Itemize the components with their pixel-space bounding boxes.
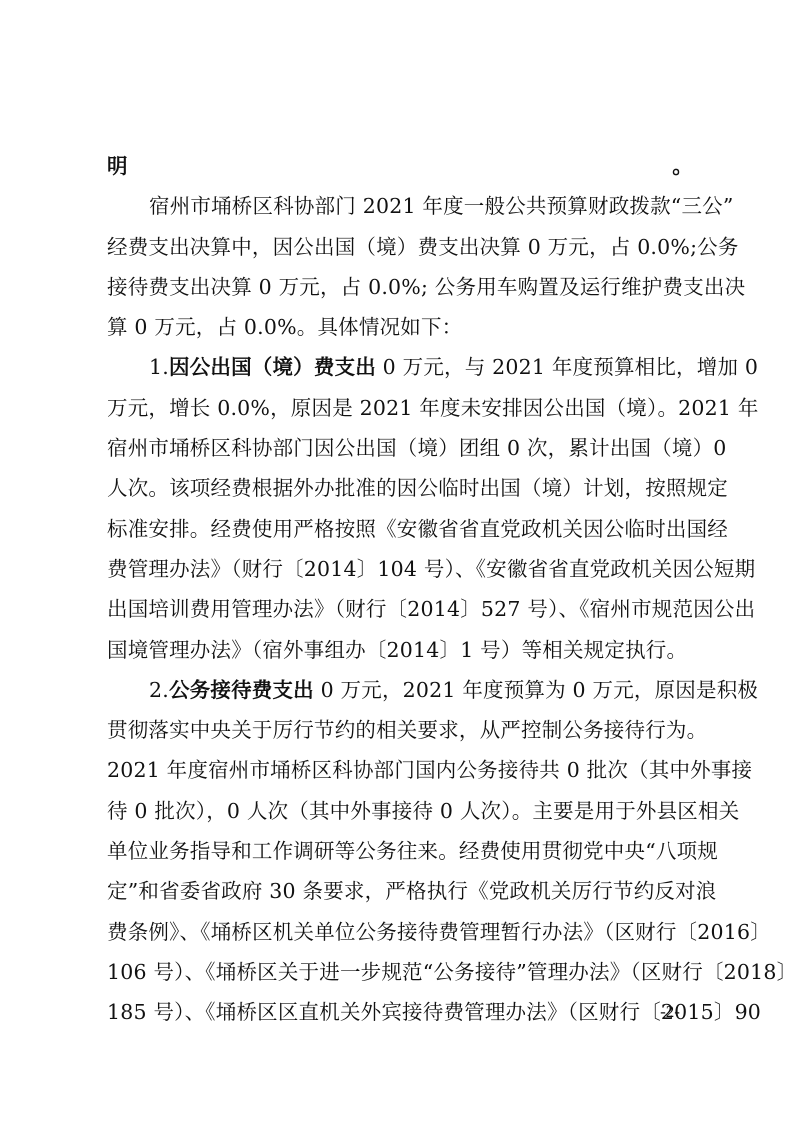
continued-heading: 明。 [107, 146, 693, 186]
paragraph-line: 宿州市埇桥区科协部门 2021 年度一般公共预算财政拨款“三公” [107, 186, 693, 226]
paragraph-line: 国境管理办法》（宿外事组办〔2014〕1 号）等相关规定执行。 [107, 630, 693, 670]
paragraph-line: 人次。该项经费根据外办批准的因公临时出国（境）计划，按照规定 [107, 468, 693, 508]
paragraph-line: 定”和省委省政府 30 条要求，严格执行《党政机关厉行节约反对浪 [107, 871, 693, 911]
section-number: 2. [149, 678, 169, 702]
paragraph-line: 单位业务指导和工作调研等公务往来。经费使用贯彻党中央“八项规 [107, 831, 693, 871]
paragraph-line: 费管理办法》（财行〔2014〕104 号）、《安徽省省直党政机关因公短期 [107, 549, 693, 589]
paragraph-line: 出国培训费用管理办法》（财行〔2014〕527 号）、《宿州市规范因公出 [107, 589, 693, 629]
section-number: 1. [149, 355, 169, 379]
paragraph-line: 贯彻落实中央关于厉行节约的相关要求，从严控制公务接待行为。 [107, 710, 693, 750]
section-1-heading-line: 1.因公出国（境）费支出 0 万元，与 2021 年度预算相比，增加 0 [107, 347, 693, 387]
paragraph-line: 算 0 万元，占 0.0%。具体情况如下： [107, 307, 693, 347]
paragraph-line: 待 0 批次），0 人次（其中外事接待 0 人次）。主要是用于外县区相关 [107, 791, 693, 831]
paragraph-line: 万元，增长 0.0%，原因是 2021 年度未安排因公出国（境）。2021 年 [107, 388, 693, 428]
page-number: -2- [640, 1002, 700, 1022]
paragraph-line: 宿州市埇桥区科协部门因公出国（境）团组 0 次，累计出国（境）0 [107, 428, 693, 468]
section-title: 因公出国（境）费支出 [169, 355, 376, 379]
section-text: 0 万元，与 2021 年度预算相比，增加 0 [376, 355, 758, 379]
paragraph-line: 经费支出决算中，因公出国（境）费支出决算 0 万元，占 0.0%;公务 [107, 227, 693, 267]
document-body: 明。 宿州市埇桥区科协部门 2021 年度一般公共预算财政拨款“三公” 经费支出… [107, 146, 693, 1033]
paragraph-line: 185 号）、《埇桥区区直机关外宾接待费管理办法》（区财行〔2015〕90 [107, 992, 693, 1032]
paragraph-line: 标准安排。经费使用严格按照《安徽省省直党政机关因公临时出国经 [107, 509, 693, 549]
paragraph-line: 费条例》、《埇桥区机关单位公务接待费管理暂行办法》（区财行〔2016〕 [107, 912, 693, 952]
section-text: 0 万元，2021 年度预算为 0 万元，原因是积极 [314, 678, 758, 702]
paragraph-line: 2021 年度宿州市埇桥区科协部门国内公务接待共 0 批次（其中外事接 [107, 750, 693, 790]
section-2-heading-line: 2.公务接待费支出 0 万元，2021 年度预算为 0 万元，原因是积极 [107, 670, 693, 710]
paragraph-line: 接待费支出决算 0 万元，占 0.0%; 公务用车购置及运行维护费支出决 [107, 267, 693, 307]
section-title: 公务接待费支出 [169, 678, 314, 702]
paragraph-line: 106 号）、《埇桥区关于进一步规范“公务接待”管理办法》（区财行〔2018〕 [107, 952, 693, 992]
